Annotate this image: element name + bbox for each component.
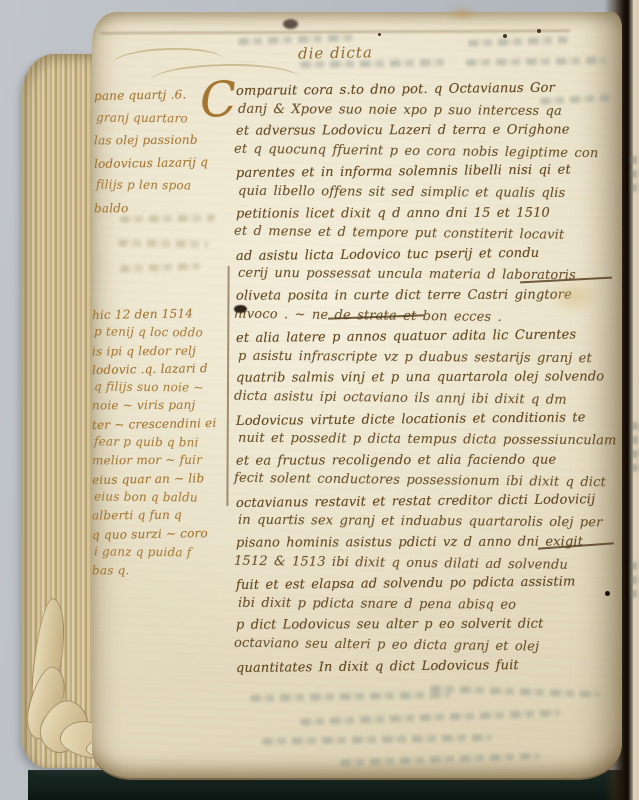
paper-stain: [546, 278, 602, 314]
ink-stain: [283, 19, 298, 29]
margin-line: granj quartaro: [96, 106, 210, 130]
margin-line: pane quartj .6.: [94, 83, 208, 107]
manuscript-line: in quartis sex granj et induabus quartar…: [238, 511, 617, 534]
bleedthrough-ghost-line: [631, 150, 637, 192]
margin-line: eius bon q baldu: [94, 487, 219, 507]
margin-line: q filijs suo noie ~: [94, 378, 219, 398]
paper-stain: [446, 5, 478, 21]
ink-blot: [234, 305, 247, 313]
manuscript-line: quia libello offens sit sed simplic et q…: [238, 182, 617, 205]
header-date: die dicta: [298, 43, 373, 62]
manuscript-line: omparuit cora s.to dno pot. q Octavianus…: [236, 78, 615, 103]
margin-line: noie ~ viris panj: [92, 396, 217, 415]
margin-line: alberti q fun q: [92, 506, 217, 525]
manuscript-line: et adversus Lodovicu Lazeri d terra e Or…: [236, 121, 615, 143]
bleedthrough-ghost-line: [631, 560, 637, 598]
manuscript-photo: die dicta C pane quartj .6. granj quarta…: [0, 0, 639, 800]
margin-line: lodovicus lazarij q: [94, 151, 208, 175]
manuscript-line: quantitates In dixit q dict Lodovicus fu…: [236, 655, 615, 680]
manuscript-line: pisano hominis asistus pdicti vz d anno …: [236, 532, 615, 554]
bleedthrough-ghost-line: [632, 420, 638, 472]
ink-speck: [503, 34, 507, 38]
margin-line: is ipi q ledor relj: [92, 341, 217, 360]
margin-note-top: pane quartj .6. granj quartaro las olej …: [94, 84, 208, 219]
manuscript-line: quatrib salmis vinj et p una quartarola …: [236, 368, 615, 390]
margin-line: filijs p len spoa: [96, 173, 210, 197]
manuscript-line: et alia latere p annos quatuor adita lic…: [236, 325, 615, 350]
ink-speck: [378, 33, 381, 36]
margin-line: las olej passionb: [94, 129, 208, 152]
margin-line: baldo: [94, 196, 208, 219]
manuscript-line: ibi dixit p pdicta snare d pena abisq eo: [238, 594, 617, 617]
margin-line: hic 12 den 1514: [92, 304, 217, 324]
margin-line: melior mor ~ fuir: [92, 451, 217, 470]
margin-line: bas q.: [92, 561, 217, 580]
manuscript-line: nuit et possedit p dicta tempus dicta po…: [238, 429, 617, 452]
margin-note-mid: hic 12 den 1514 p tenij q loc oddo is ip…: [92, 305, 216, 579]
manuscript-line: p asistu infrascripte vz p duabus sestar…: [238, 346, 617, 369]
manuscript-line: danj & Xpove suo noie xpo p suo interces…: [238, 99, 617, 122]
margin-line: p tenij q loc oddo: [94, 323, 219, 343]
margin-line: lodovic .q. lazari d: [92, 359, 217, 379]
ink-speck: [537, 29, 541, 33]
ink-speck: [605, 591, 610, 596]
main-text-block: omparuit cora s.to dno pot. q Octavianus…: [236, 80, 615, 677]
margin-line: i ganz q puida f: [94, 542, 219, 562]
margin-line: ter ~ crescendini ei: [92, 414, 217, 434]
margin-line: fear p quib q bni: [94, 432, 219, 452]
margin-line: q quo surzi ~ coro: [92, 523, 217, 543]
margin-line: eius quar an ~ lib: [92, 469, 217, 489]
